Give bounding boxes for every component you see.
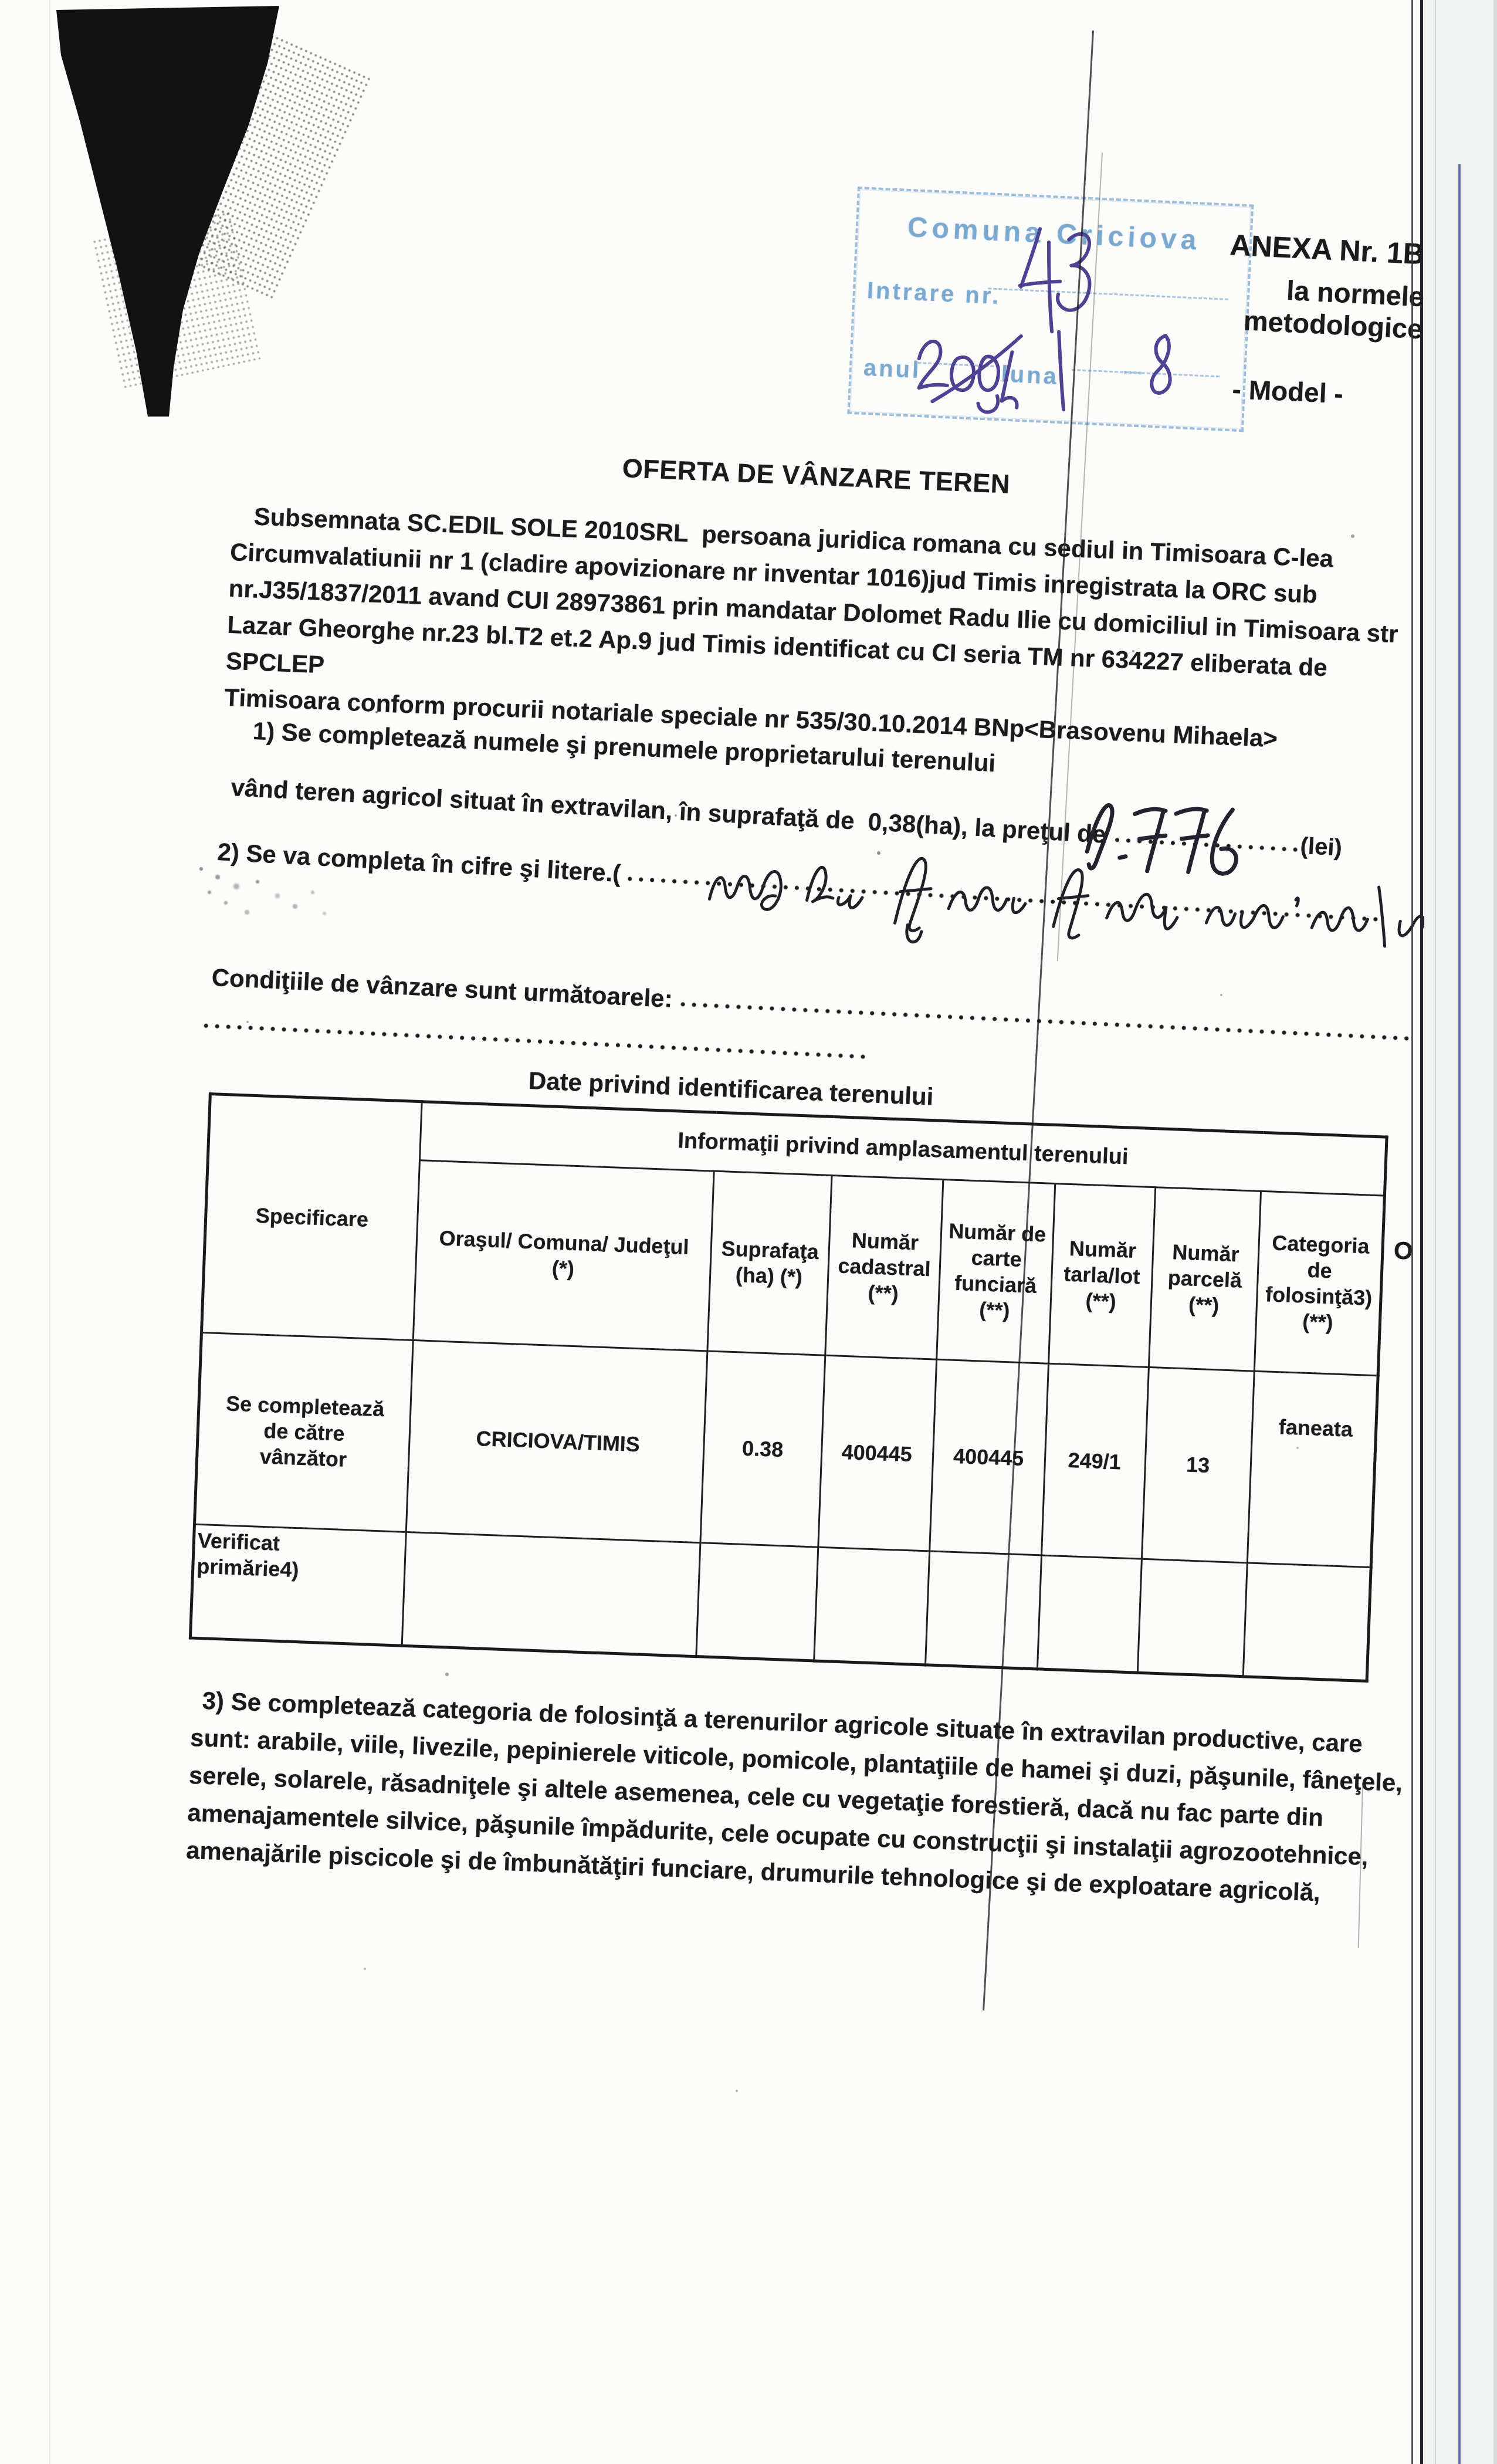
page-edge-line-3 xyxy=(1435,0,1436,2464)
image-edge-sliver xyxy=(1493,0,1497,2464)
row-label-seller: Se completează de către vânzător xyxy=(195,1332,414,1532)
col-header-oras: Oraşul/ Comuna/ Judeţul (*) xyxy=(414,1160,714,1351)
col-header-specificare: Specificare xyxy=(201,1094,422,1341)
handwritten-registration-number xyxy=(1011,217,1098,338)
ink-smudge xyxy=(199,867,203,871)
cell-parcela: 13 xyxy=(1142,1368,1254,1563)
cell-empty xyxy=(926,1551,1042,1669)
binding-blue-line xyxy=(1458,164,1461,2464)
cell-tarla: 249/1 xyxy=(1042,1363,1149,1559)
col-header-tarla: Număr tarla/lot (**) xyxy=(1049,1183,1156,1367)
model-label: - Model - xyxy=(1232,373,1344,409)
handwritten-day xyxy=(1139,327,1185,407)
page-edge-line-1 xyxy=(1411,0,1413,2464)
land-table-wrapper: Specificare Informaţii privind amplasame… xyxy=(189,1092,1388,1683)
handwritten-year xyxy=(909,321,1030,418)
cell-categoria: faneata xyxy=(1248,1371,1379,1568)
cell-empty xyxy=(1037,1555,1142,1673)
cell-empty xyxy=(1137,1559,1248,1676)
col-header-cadastral: Număr cadastral (**) xyxy=(825,1176,943,1360)
page-left-margin-line xyxy=(49,0,50,2464)
scanned-document-page: Comuna Criciova Intrare nr. anul luna ..… xyxy=(0,0,1497,2464)
col-header-parcela: Număr parcelă (**) xyxy=(1149,1187,1261,1371)
col-header-suprafata: Suprafaţa (ha) (*) xyxy=(707,1171,832,1355)
col-header-categoria: Categoria de folosinţă3) (**) xyxy=(1255,1191,1385,1376)
cell-cadastral: 400445 xyxy=(818,1355,937,1551)
cell-suprafata: 0.38 xyxy=(700,1351,825,1547)
cell-oras: CRICIOVA/TIMIS xyxy=(407,1341,707,1543)
paper-speck xyxy=(375,711,378,713)
stamp-entry-label: Intrare nr. xyxy=(866,277,1001,310)
cell-carte-funciara: 400445 xyxy=(930,1359,1049,1555)
lei-label: (lei) xyxy=(1300,833,1343,862)
row-label-verificat: Verificat primărie4) xyxy=(190,1524,406,1646)
col-header-carte-funciara: Număr de carte funciară (**) xyxy=(937,1179,1055,1363)
land-identification-table: Specificare Informaţii privind amplasame… xyxy=(189,1092,1388,1683)
cell-empty xyxy=(814,1547,930,1665)
page-edge-line-2 xyxy=(1420,0,1423,2464)
cell-empty xyxy=(696,1543,818,1661)
stray-letter: O xyxy=(1393,1236,1413,1265)
cell-empty xyxy=(1243,1563,1371,1681)
intro-paragraph: Subsemnata SC.EDIL SOLE 2010SRL persoana… xyxy=(223,497,1410,762)
cell-empty xyxy=(402,1532,700,1656)
